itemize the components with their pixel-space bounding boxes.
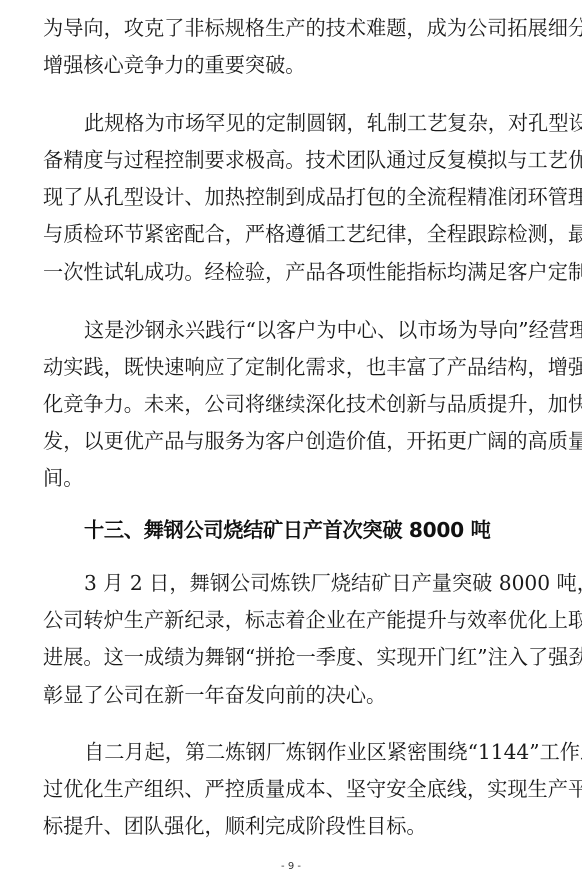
paragraph-line: 这是沙钢永兴践行“以客户为中心、以市场为导向”经营理念的生 — [43, 318, 541, 342]
paragraph-line: 现了从孔型设计、加热控制到成品打包的全流程精准闭环管理。生产 — [43, 185, 541, 209]
paragraph-line: 与质检环节紧密配合，严格遵循工艺纪律，全程跟踪检测，最终实现 — [43, 222, 541, 246]
section-heading: 十三、舞钢公司烧结矿日产首次突破 8000 吨 — [84, 518, 491, 542]
paragraph-line: 备精度与过程控制要求极高。技术团队通过反复模拟与工艺优化，实 — [43, 148, 541, 172]
paragraph-line: 增强核心竞争力的重要突破。 — [43, 53, 541, 77]
page-number: - 9 - — [0, 861, 582, 872]
paragraph-line: 进展。这一成绩为舞钢“拼抢一季度、实现开门红”注入了强劲动力， — [43, 645, 541, 669]
paragraph-line: 3 月 2 日，舞钢公司炼铁厂烧结矿日产量突破 8000 吨，创下该 — [43, 571, 541, 595]
paragraph-line: 自二月起，第二炼钢厂炼钢作业区紧密围绕“1144”工作思路，通 — [43, 740, 541, 764]
paragraph-line: 动实践，既快速响应了定制化需求，也丰富了产品结构，增强了差异 — [43, 355, 541, 379]
paragraph-line: 间。 — [43, 466, 541, 490]
paragraph-line: 公司转炉生产新纪录，标志着企业在产能提升与效率优化上取得重要 — [43, 608, 541, 632]
paragraph-line: 标提升、团队强化，顺利完成阶段性目标。 — [43, 814, 541, 838]
paragraph-line: 彰显了公司在新一年奋发向前的决心。 — [43, 683, 541, 707]
paragraph-line: 发，以更优产品与服务为客户创造价值，开拓更广阔的高质量发展空 — [43, 429, 541, 453]
paragraph-line: 为导向，攻克了非标规格生产的技术难题，成为公司拓展细分市场、 — [43, 16, 541, 40]
paragraph-line: 过优化生产组织、严控质量成本、坚守安全底线，实现生产平稳、指 — [43, 777, 541, 801]
paragraph-line: 化竞争力。未来，公司将继续深化技术创新与品质提升，加快新品研 — [43, 392, 541, 416]
paragraph-line: 一次性试轧成功。经检验，产品各项性能指标均满足客户定制要求。 — [43, 260, 541, 284]
paragraph-line: 此规格为市场罕见的定制圆钢，轧制工艺复杂，对孔型设计、设 — [43, 111, 541, 135]
